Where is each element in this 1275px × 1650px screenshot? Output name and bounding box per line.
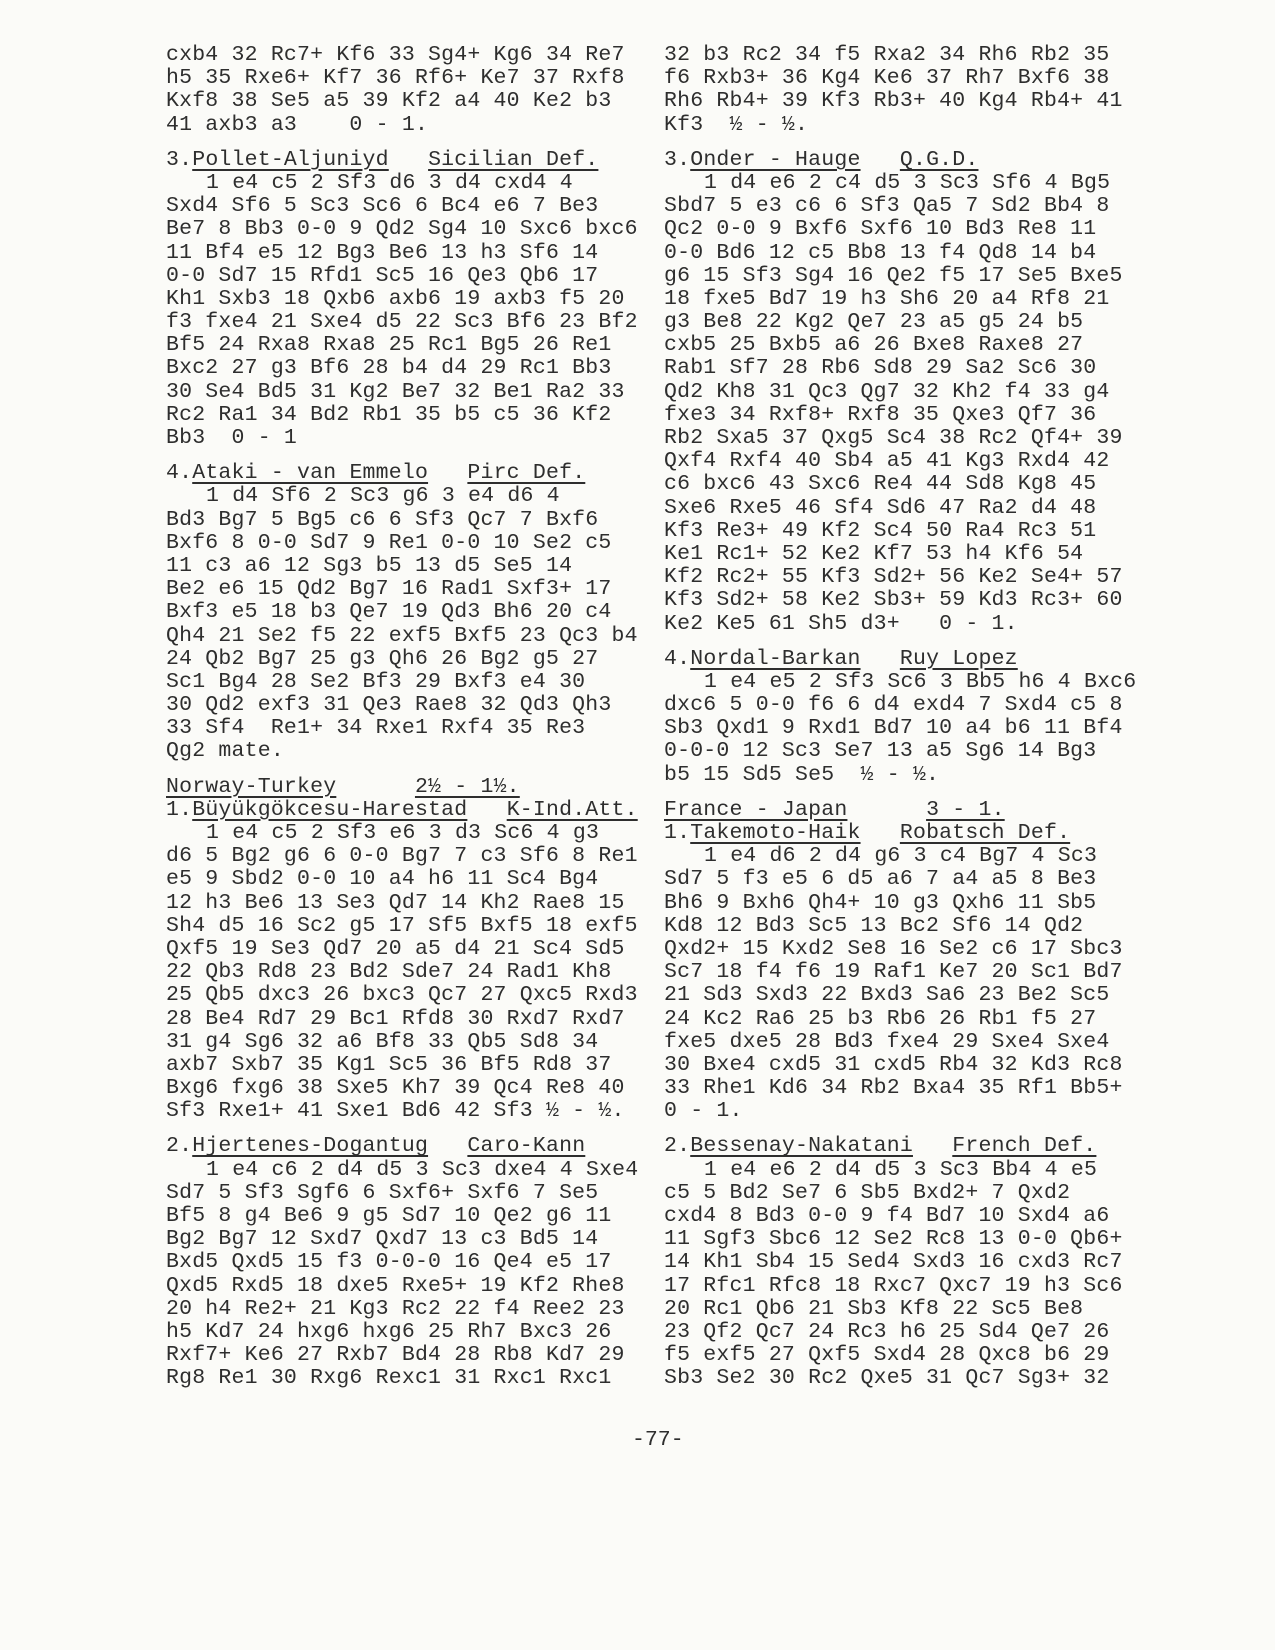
move-line: Kd8 12 Bd3 Sc5 13 Bc2 Sf6 14 Qd2	[664, 915, 1144, 938]
game-players: Hjertenes-Dogantug	[192, 1134, 428, 1158]
match-heading: Norway-Turkey 2½ - 1½.	[166, 764, 636, 799]
move-line: 25 Qb5 dxc3 26 bxc3 Qc7 27 Qxc5 Rxd3	[166, 984, 636, 1007]
move-line: 23 Qf2 Qc7 24 Rc3 h6 25 Sd4 Qe7 26	[664, 1321, 1144, 1344]
move-line: Ke2 Ke5 61 Sh5 d3+ 0 - 1.	[664, 613, 1144, 636]
game-heading: 1.Büyükgökcesu-Harestad K-Ind.Att.	[166, 799, 636, 822]
move-line: Bd3 Bg7 5 Bg5 c6 6 Sf3 Qc7 7 Bxf6	[166, 509, 636, 532]
move-line: 1 e4 e5 2 Sf3 Sc6 3 Bb5 h6 4 Bxc6	[664, 671, 1144, 694]
move-line: 30 Bxe4 cxd5 31 cxd5 Rb4 32 Kd3 Rc8	[664, 1054, 1144, 1077]
game-heading: 3.Pollet-Aljuniyd Sicilian Def.	[166, 149, 636, 172]
continuation-text: 32 b3 Rc2 34 f5 Rxa2 34 Rh6 Rb2 35f6 Rxb…	[664, 44, 1144, 137]
move-line: Be7 8 Bb3 0-0 9 Qd2 Sg4 10 Sxc6 bxc6	[166, 218, 636, 241]
move-line: Sxe6 Rxe5 46 Sf4 Sd6 47 Ra2 d4 48	[664, 497, 1144, 520]
move-line: 1 e4 e6 2 d4 d5 3 Sc3 Bb4 4 e5	[664, 1159, 1144, 1182]
move-line: d6 5 Bg2 g6 6 0-0 Bg7 7 c3 Sf6 8 Re1	[166, 845, 636, 868]
left-column: cxb4 32 Rc7+ Kf6 33 Sg4+ Kg6 34 Re7h5 35…	[166, 44, 636, 1391]
game-players: Nordal-Barkan	[690, 647, 860, 671]
move-line: Kf3 ½ - ½.	[664, 114, 1144, 137]
move-line: Bxg6 fxg6 38 Sxe5 Kh7 39 Qc4 Re8 40	[166, 1077, 636, 1100]
game-number: 4.	[166, 461, 192, 485]
move-line: Qxf5 19 Se3 Qd7 20 a5 d4 21 Sc4 Sd5	[166, 938, 636, 961]
move-line: cxb5 25 Bxb5 a6 26 Bxe8 Raxe8 27	[664, 334, 1144, 357]
game-block: 4.Ataki - van Emmelo Pirc Def.1 d4 Sf6 2…	[166, 450, 636, 763]
game-block: 3.Onder - Hauge Q.G.D.1 d4 e6 2 c4 d5 3 …	[664, 137, 1144, 636]
game-opening: Robatsch Def.	[900, 821, 1070, 845]
game-opening: K-Ind.Att.	[507, 798, 638, 822]
game-opening: Q.G.D.	[900, 148, 979, 172]
game-opening: Caro-Kann	[467, 1134, 585, 1158]
move-line: Kxf8 38 Se5 a5 39 Kf2 a4 40 Ke2 b3	[166, 90, 636, 113]
move-line: fxe5 dxe5 28 Bd3 fxe4 29 Sxe4 Sxe4	[664, 1031, 1144, 1054]
move-line: h5 35 Rxe6+ Kf7 36 Rf6+ Ke7 37 Rxf8	[166, 67, 636, 90]
move-line: 1 e4 c5 2 Sf3 d6 3 d4 cxd4 4	[166, 172, 636, 195]
game-number: 1.	[166, 798, 192, 822]
game-number: 3.	[166, 148, 192, 172]
move-line: 11 Sgf3 Sbc6 12 Se2 Rc8 13 0-0 Qb6+	[664, 1228, 1144, 1251]
move-line: Kf3 Re3+ 49 Kf2 Sc4 50 Ra4 Rc3 51	[664, 520, 1144, 543]
move-line: Rb2 Sxa5 37 Qxg5 Sc4 38 Rc2 Qf4+ 39	[664, 427, 1144, 450]
move-line: g3 Be8 22 Kg2 Qe7 23 a5 g5 24 b5	[664, 311, 1144, 334]
move-line: 1 e4 d6 2 d4 g6 3 c4 Bg7 4 Sc3	[664, 845, 1144, 868]
game-block: 2.Hjertenes-Dogantug Caro-Kann1 e4 c6 2 …	[166, 1123, 636, 1390]
game-players: Pollet-Aljuniyd	[192, 148, 389, 172]
move-line: Bxc2 27 g3 Bf6 28 b4 d4 29 Rc1 Bb3	[166, 357, 636, 380]
match-title: Norway-Turkey	[166, 775, 336, 799]
move-line: Sf3 Rxe1+ 41 Sxe1 Bd6 42 Sf3 ½ - ½.	[166, 1100, 636, 1123]
move-line: Bg2 Bg7 12 Sxd7 Qxd7 13 c3 Bd5 14	[166, 1228, 636, 1251]
move-line: 17 Rfc1 Rfc8 18 Rxc7 Qxc7 19 h3 Sc6	[664, 1275, 1144, 1298]
move-line: g6 15 Sf3 Sg4 16 Qe2 f5 17 Se5 Bxe5	[664, 265, 1144, 288]
game-players: Takemoto-Haik	[690, 821, 860, 845]
move-line: f6 Rxb3+ 36 Kg4 Ke6 37 Rh7 Bxf6 38	[664, 67, 1144, 90]
move-line: Qxf4 Rxf4 40 Sb4 a5 41 Kg3 Rxd4 42	[664, 450, 1144, 473]
move-line: 30 Qd2 exf3 31 Qe3 Rae8 32 Qd3 Qh3	[166, 694, 636, 717]
move-line: f5 exf5 27 Qxf5 Sxd4 28 Qxc8 b6 29	[664, 1344, 1144, 1367]
move-line: 24 Qb2 Bg7 25 g3 Qh6 26 Bg2 g5 27	[166, 648, 636, 671]
move-line: Kf2 Rc2+ 55 Kf3 Sd2+ 56 Ke2 Se4+ 57	[664, 566, 1144, 589]
move-line: 1 e4 c5 2 Sf3 e6 3 d3 Sc6 4 g3	[166, 822, 636, 845]
game-block: 2.Bessenay-Nakatani French Def.1 e4 e6 2…	[664, 1123, 1144, 1390]
move-line: h5 Kd7 24 hxg6 hxg6 25 Rh7 Bxc3 26	[166, 1321, 636, 1344]
move-line: Qc2 0-0 9 Bxf6 Sxf6 10 Bd3 Re8 11	[664, 218, 1144, 241]
move-line: 0-0-0 12 Sc3 Se7 13 a5 Sg6 14 Bg3	[664, 740, 1144, 763]
move-line: Rc2 Ra1 34 Bd2 Rb1 35 b5 c5 36 Kf2	[166, 404, 636, 427]
game-block: 1.Büyükgökcesu-Harestad K-Ind.Att.1 e4 c…	[166, 799, 636, 1124]
move-line: 22 Qb3 Rd8 23 Bd2 Sde7 24 Rad1 Kh8	[166, 961, 636, 984]
move-line: dxc6 5 0-0 f6 6 d4 exd4 7 Sxd4 c5 8	[664, 694, 1144, 717]
game-players: Onder - Hauge	[690, 148, 860, 172]
move-line: Rg8 Re1 30 Rxg6 Rexc1 31 Rxc1 Rxc1	[166, 1367, 636, 1390]
move-line: Bxd5 Qxd5 15 f3 0-0-0 16 Qe4 e5 17	[166, 1251, 636, 1274]
move-line: cxd4 8 Bd3 0-0 9 f4 Bd7 10 Sxd4 a6	[664, 1205, 1144, 1228]
move-line: fxe3 34 Rxf8+ Rxf8 35 Qxe3 Qf7 36	[664, 404, 1144, 427]
move-line: 41 axb3 a3 0 - 1.	[166, 114, 636, 137]
game-heading: 4.Nordal-Barkan Ruy Lopez	[664, 648, 1144, 671]
move-line: 31 g4 Sg6 32 a6 Bf8 33 Qb5 Sd8 34	[166, 1031, 636, 1054]
move-line: 20 h4 Re2+ 21 Kg3 Rc2 22 f4 Ree2 23	[166, 1298, 636, 1321]
move-line: 33 Rhe1 Kd6 34 Rb2 Bxa4 35 Rf1 Bb5+	[664, 1077, 1144, 1100]
move-line: 24 Kc2 Ra6 25 b3 Rb6 26 Rb1 f5 27	[664, 1008, 1144, 1031]
match-score: 3 - 1.	[926, 798, 1005, 822]
move-line: 0-0 Bd6 12 c5 Bb8 13 f4 Qd8 14 b4	[664, 242, 1144, 265]
move-line: Bxf3 e5 18 b3 Qe7 19 Qd3 Bh6 20 c4	[166, 601, 636, 624]
match-line: France - Japan 3 - 1.	[664, 799, 1144, 822]
move-line: Bh6 9 Bxh6 Qh4+ 10 g3 Qxh6 11 Sb5	[664, 892, 1144, 915]
move-line: Kf3 Sd2+ 58 Ke2 Sb3+ 59 Kd3 Rc3+ 60	[664, 589, 1144, 612]
game-players: Ataki - van Emmelo	[192, 461, 428, 485]
match-line: Norway-Turkey 2½ - 1½.	[166, 776, 636, 799]
move-line: Bxf6 8 0-0 Sd7 9 Re1 0-0 10 Se2 c5	[166, 532, 636, 555]
move-line: 11 Bf4 e5 12 Bg3 Be6 13 h3 Sf6 14	[166, 242, 636, 265]
move-line: Sb3 Qxd1 9 Rxd1 Bd7 10 a4 b6 11 Bf4	[664, 717, 1144, 740]
move-line: Qh4 21 Se2 f5 22 exf5 Bxf5 23 Qc3 b4	[166, 625, 636, 648]
move-line: Sb3 Se2 30 Rc2 Qxe5 31 Qc7 Sg3+ 32	[664, 1367, 1144, 1390]
move-line: 0 - 1.	[664, 1100, 1144, 1123]
game-block: 1.Takemoto-Haik Robatsch Def.1 e4 d6 2 d…	[664, 822, 1144, 1123]
move-line: Qd2 Kh8 31 Qc3 Qg7 32 Kh2 f4 33 g4	[664, 381, 1144, 404]
move-line: 11 c3 a6 12 Sg3 b5 13 d5 Se5 14	[166, 555, 636, 578]
match-heading: France - Japan 3 - 1.	[664, 787, 1144, 822]
move-line: b5 15 Sd5 Se5 ½ - ½.	[664, 764, 1144, 787]
game-number: 3.	[664, 148, 690, 172]
move-line: Rh6 Rb4+ 39 Kf3 Rb3+ 40 Kg4 Rb4+ 41	[664, 90, 1144, 113]
game-opening: Pirc Def.	[467, 461, 585, 485]
game-heading: 2.Hjertenes-Dogantug Caro-Kann	[166, 1135, 636, 1158]
move-line: 32 b3 Rc2 34 f5 Rxa2 34 Rh6 Rb2 35	[664, 44, 1144, 67]
move-line: c6 bxc6 43 Sxc6 Re4 44 Sd8 Kg8 45	[664, 473, 1144, 496]
move-line: 30 Se4 Bd5 31 Kg2 Be7 32 Be1 Ra2 33	[166, 381, 636, 404]
game-number: 1.	[664, 821, 690, 845]
move-line: Sc1 Bg4 28 Se2 Bf3 29 Bxf3 e4 30	[166, 671, 636, 694]
move-line: Sxd4 Sf6 5 Sc3 Sc6 6 Bc4 e6 7 Be3	[166, 195, 636, 218]
move-line: 18 fxe5 Bd7 19 h3 Sh6 20 a4 Rf8 21	[664, 288, 1144, 311]
game-heading: 1.Takemoto-Haik Robatsch Def.	[664, 822, 1144, 845]
move-line: Sh4 d5 16 Sc2 g5 17 Sf5 Bxf5 18 exf5	[166, 915, 636, 938]
continuation-text: cxb4 32 Rc7+ Kf6 33 Sg4+ Kg6 34 Re7h5 35…	[166, 44, 636, 137]
game-opening: French Def.	[952, 1134, 1096, 1158]
move-line: 1 d4 e6 2 c4 d5 3 Sc3 Sf6 4 Bg5	[664, 172, 1144, 195]
game-block: 3.Pollet-Aljuniyd Sicilian Def.1 e4 c5 2…	[166, 137, 636, 450]
game-heading: 3.Onder - Hauge Q.G.D.	[664, 149, 1144, 172]
game-number: 4.	[664, 647, 690, 671]
game-block: 4.Nordal-Barkan Ruy Lopez1 e4 e5 2 Sf3 S…	[664, 636, 1144, 787]
move-line: Sbd7 5 e3 c6 6 Sf3 Qa5 7 Sd2 Bb4 8	[664, 195, 1144, 218]
move-line: c5 5 Bd2 Se7 6 Sb5 Bxd2+ 7 Qxd2	[664, 1182, 1144, 1205]
game-players: Bessenay-Nakatani	[690, 1134, 913, 1158]
move-line: Qg2 mate.	[166, 740, 636, 763]
move-line: Bf5 24 Rxa8 Rxa8 25 Rc1 Bg5 26 Re1	[166, 334, 636, 357]
move-line: Bb3 0 - 1	[166, 427, 636, 450]
game-players: Büyükgökcesu-Harestad	[192, 798, 467, 822]
move-line: Kh1 Sxb3 18 Qxb6 axb6 19 axb3 f5 20	[166, 288, 636, 311]
right-column: 32 b3 Rc2 34 f5 Rxa2 34 Rh6 Rb2 35f6 Rxb…	[664, 44, 1144, 1391]
game-heading: 2.Bessenay-Nakatani French Def.	[664, 1135, 1144, 1158]
move-line: Ke1 Rc1+ 52 Ke2 Kf7 53 h4 Kf6 54	[664, 543, 1144, 566]
move-line: 21 Sd3 Sxd3 22 Bxd3 Sa6 23 Be2 Sc5	[664, 984, 1144, 1007]
match-title: France - Japan	[664, 798, 847, 822]
game-number: 2.	[664, 1134, 690, 1158]
page-number: -77-	[632, 1428, 684, 1452]
move-line: cxb4 32 Rc7+ Kf6 33 Sg4+ Kg6 34 Re7	[166, 44, 636, 67]
move-line: Sc7 18 f4 f6 19 Raf1 Ke7 20 Sc1 Bd7	[664, 961, 1144, 984]
move-line: Bf5 8 g4 Be6 9 g5 Sd7 10 Qe2 g6 11	[166, 1205, 636, 1228]
move-line: Sd7 5 f3 e5 6 d5 a6 7 a4 a5 8 Be3	[664, 868, 1144, 891]
game-opening: Ruy Lopez	[900, 647, 1018, 671]
move-line: 14 Kh1 Sb4 15 Sed4 Sxd3 16 cxd3 Rc7	[664, 1251, 1144, 1274]
move-line: 20 Rc1 Qb6 21 Sb3 Kf8 22 Sc5 Be8	[664, 1298, 1144, 1321]
move-line: Rxf7+ Ke6 27 Rxb7 Bd4 28 Rb8 Kd7 29	[166, 1344, 636, 1367]
move-line: 1 e4 c6 2 d4 d5 3 Sc3 dxe4 4 Sxe4	[166, 1159, 636, 1182]
move-line: 0-0 Sd7 15 Rfd1 Sc5 16 Qe3 Qb6 17	[166, 265, 636, 288]
move-line: Be2 e6 15 Qd2 Bg7 16 Rad1 Sxf3+ 17	[166, 578, 636, 601]
move-line: 12 h3 Be6 13 Se3 Qd7 14 Kh2 Rae8 15	[166, 892, 636, 915]
move-line: e5 9 Sbd2 0-0 10 a4 h6 11 Sc4 Bg4	[166, 868, 636, 891]
game-opening: Sicilian Def.	[428, 148, 598, 172]
move-line: Qxd5 Rxd5 18 dxe5 Rxe5+ 19 Kf2 Rhe8	[166, 1275, 636, 1298]
game-heading: 4.Ataki - van Emmelo Pirc Def.	[166, 462, 636, 485]
move-line: 1 d4 Sf6 2 Sc3 g6 3 e4 d6 4	[166, 485, 636, 508]
match-score: 2½ - 1½.	[415, 775, 520, 799]
move-line: 33 Sf4 Re1+ 34 Rxe1 Rxf4 35 Re3	[166, 717, 636, 740]
move-line: Sd7 5 Sf3 Sgf6 6 Sxf6+ Sxf6 7 Se5	[166, 1182, 636, 1205]
move-line: Qxd2+ 15 Kxd2 Se8 16 Se2 c6 17 Sbc3	[664, 938, 1144, 961]
move-line: f3 fxe4 21 Sxe4 d5 22 Sc3 Bf6 23 Bf2	[166, 311, 636, 334]
move-line: Rab1 Sf7 28 Rb6 Sd8 29 Sa2 Sc6 30	[664, 357, 1144, 380]
move-line: axb7 Sxb7 35 Kg1 Sc5 36 Bf5 Rd8 37	[166, 1054, 636, 1077]
game-number: 2.	[166, 1134, 192, 1158]
move-line: 28 Be4 Rd7 29 Bc1 Rfd8 30 Rxd7 Rxd7	[166, 1008, 636, 1031]
